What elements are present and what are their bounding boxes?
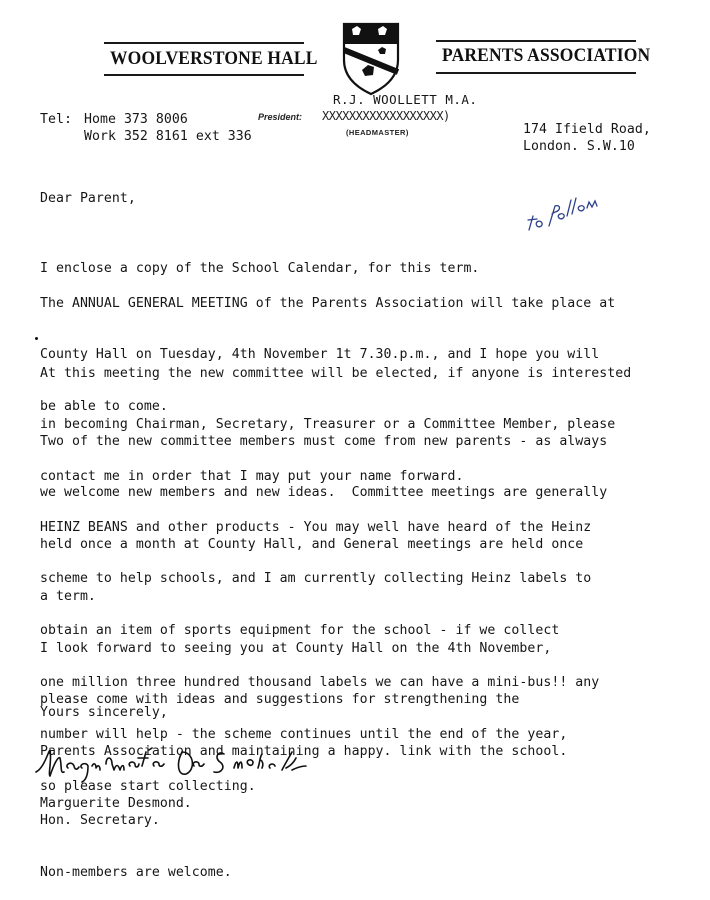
work-phone: Work 352 8161 ext 336 [84, 128, 252, 145]
header-rule-left-bottom [104, 74, 304, 76]
president-label: President: [258, 112, 302, 122]
school-crest-icon [338, 20, 404, 96]
signer-name: Marguerite Desmond. [40, 795, 192, 812]
school-name-banner: WOOLVERSTONE HALL [110, 48, 318, 70]
paragraph-line: scheme to help schools, and I am current… [40, 570, 599, 587]
tel-label: Tel: [40, 111, 72, 128]
header-rule-left-top [104, 42, 304, 44]
footer-note: Non-members are welcome. [40, 864, 232, 881]
handwritten-note [525, 196, 605, 236]
home-phone: Home 373 8006 [84, 111, 188, 128]
handwritten-signature [34, 742, 314, 790]
margin-bullet-dot [35, 337, 38, 340]
paragraph-line: I look forward to seeing you at County H… [40, 640, 567, 657]
paragraph-line: Two of the new committee members must co… [40, 433, 607, 450]
headmaster-name: R.J. WOOLLETT M.A. [333, 92, 477, 107]
paragraph-line: HEINZ BEANS and other products - You may… [40, 519, 599, 536]
header-rule-right-bottom [436, 72, 636, 74]
paragraph-line: The ANNUAL GENERAL MEETING of the Parent… [40, 295, 615, 312]
paragraph-line: At this meeting the new committee will b… [40, 365, 631, 382]
address-line-2: London. S.W.10 [523, 138, 635, 155]
headmaster-label: (HEADMASTER) [346, 128, 409, 137]
association-name-banner: PARENTS ASSOCIATION [442, 45, 650, 67]
crossed-out-name: XXXXXXXXXXXXXXXXXX) [322, 109, 450, 123]
header-rule-right-top [436, 40, 636, 42]
salutation: Dear Parent, [40, 190, 136, 207]
signer-title: Hon. Secretary. [40, 812, 160, 829]
address-line-1: 174 Ifield Road, [523, 121, 651, 138]
closing: Yours sincerely, [40, 704, 168, 721]
